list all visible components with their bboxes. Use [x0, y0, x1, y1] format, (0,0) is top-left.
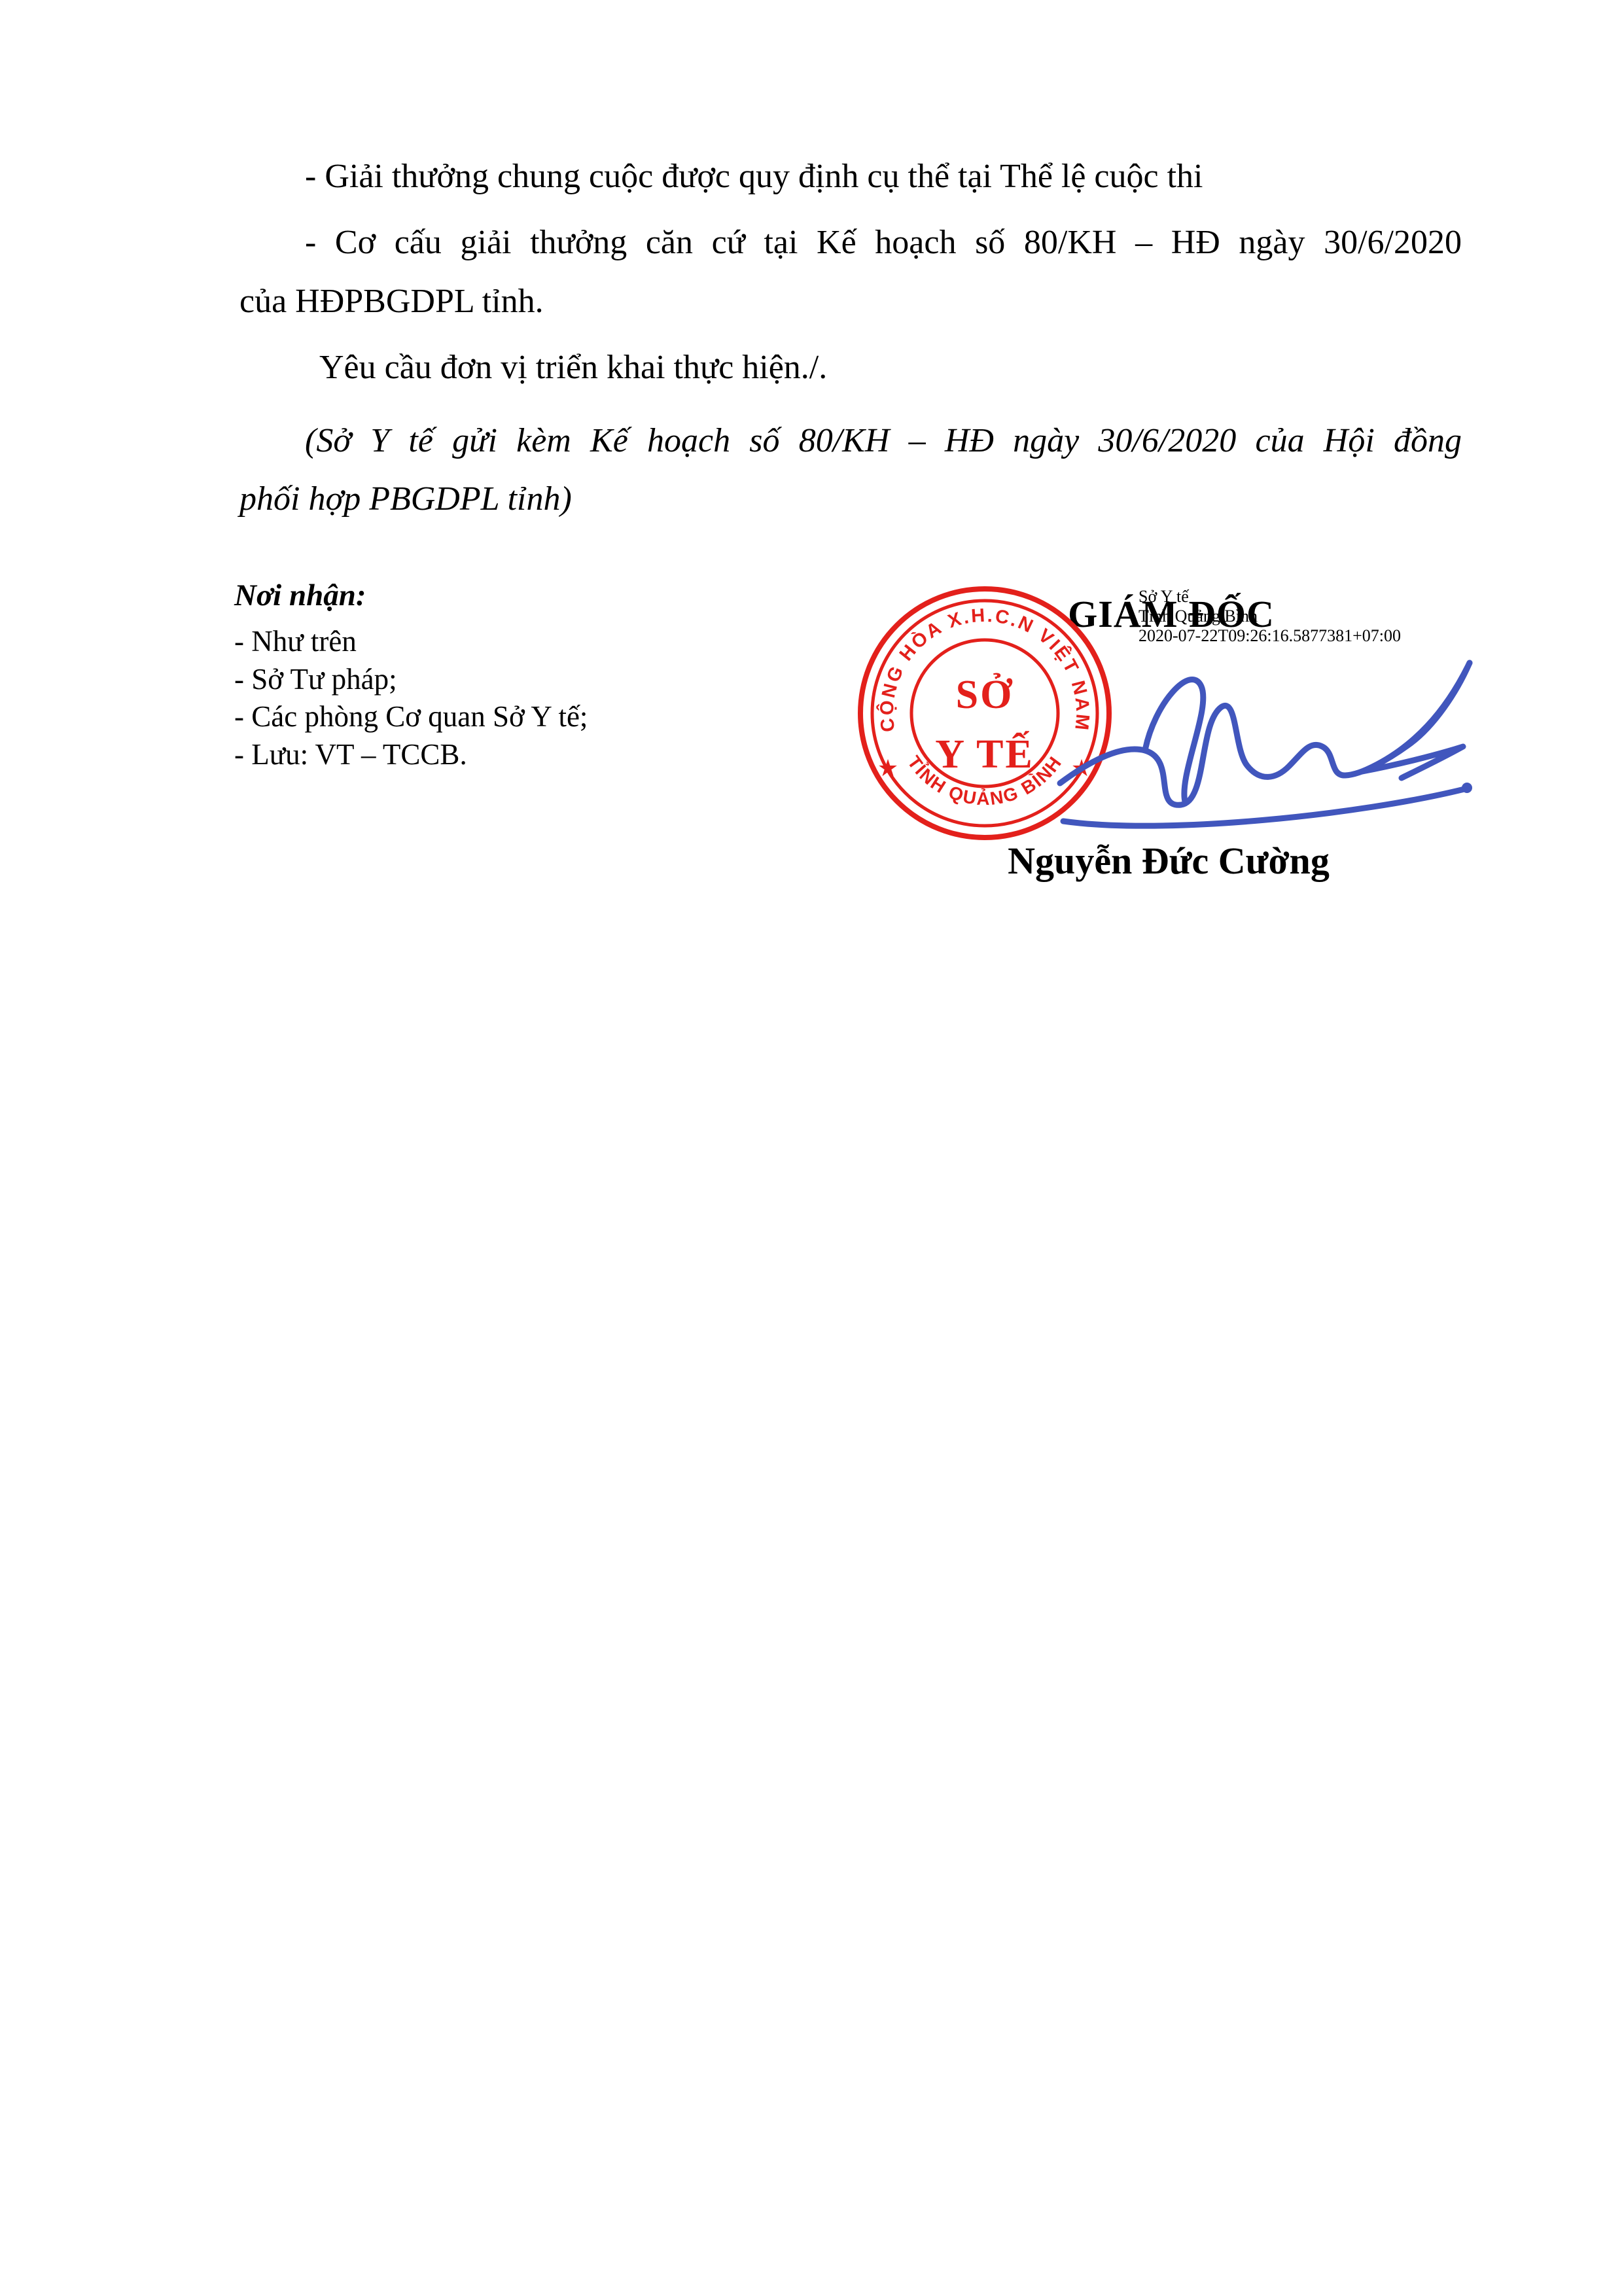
recipients-heading: Nơi nhận: — [234, 576, 588, 615]
note-line1: (Sở Y tế gửi kèm Kế hoạch số 80/KH – HĐ … — [239, 412, 1462, 470]
note-line2: phối hợp PBGDPL tỉnh) — [239, 470, 1462, 528]
stamp-center-line1: SỞ — [956, 673, 1014, 717]
recipient-item: - Các phòng Cơ quan Sở Y tế; — [234, 698, 588, 736]
star-icon: ★ — [877, 755, 898, 781]
paragraph-prize: - Giải thưởng chung cuộc được quy định c… — [239, 147, 1462, 205]
signature-ink-dot — [1462, 783, 1472, 793]
signature-stroke-cross — [1362, 663, 1470, 778]
paragraph-structure-line2: của HĐPBGDPL tỉnh. — [239, 272, 1462, 330]
document-page: - Giải thưởng chung cuộc được quy định c… — [0, 0, 1624, 2296]
recipient-item: - Sở Tư pháp; — [234, 661, 588, 699]
signature-stroke-loop — [1145, 679, 1203, 802]
paragraph-structure-line1: - Cơ cấu giải thưởng căn cứ tại Kế hoạch… — [239, 213, 1462, 272]
signature-stroke-underline — [1063, 789, 1464, 826]
recipients-block: Nơi nhận: - Như trên - Sở Tư pháp; - Các… — [234, 576, 588, 774]
document-body: - Giải thưởng chung cuộc được quy định c… — [239, 147, 1462, 529]
paragraph-request: Yêu cầu đơn vị triển khai thực hiện./. — [239, 338, 1462, 397]
recipient-item: - Như trên — [234, 623, 588, 661]
signer-name: Nguyễn Đức Cường — [940, 839, 1398, 883]
handwritten-signature — [1047, 625, 1505, 841]
signature-stroke-main — [1060, 663, 1470, 805]
stamp-center-line2: Y TẾ — [935, 732, 1034, 777]
recipient-item: - Lưu: VT – TCCB. — [234, 736, 588, 774]
